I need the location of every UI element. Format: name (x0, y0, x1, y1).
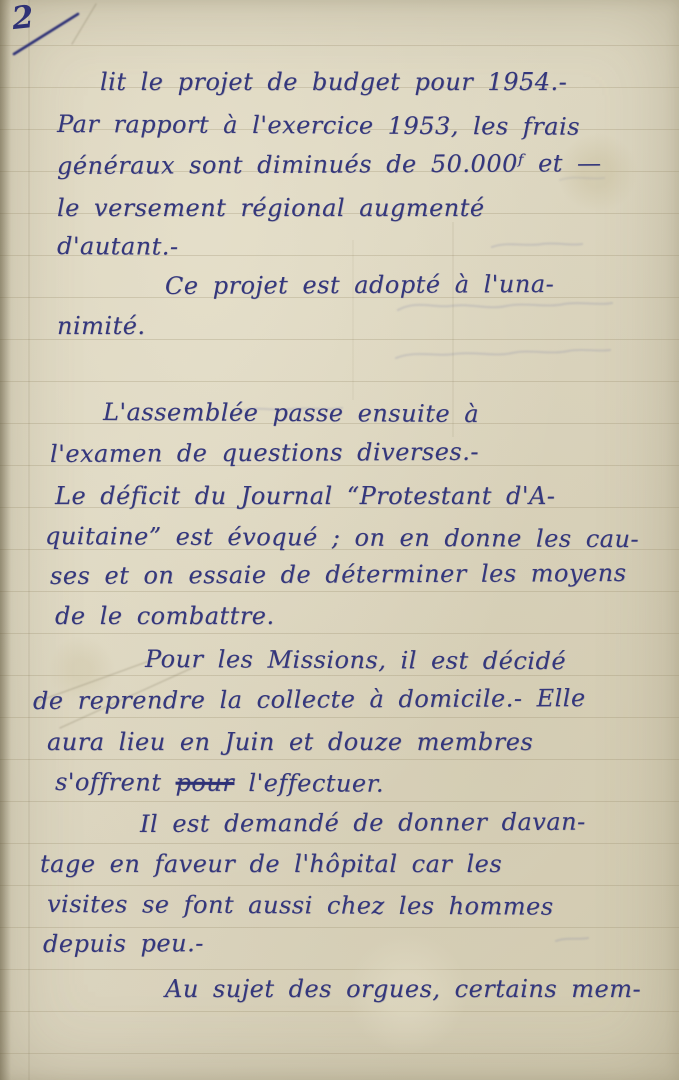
manuscript-line: ses et on essaie de déterminer les moyen… (50, 559, 627, 590)
manuscript-line: Par rapport à l'exercice 1953, les frais (57, 110, 580, 141)
manuscript-line-with-strikethrough: s'offrent pour l'effectuer. (55, 768, 384, 798)
manuscript-line: Au sujet des orgues, certains mem- (165, 975, 641, 1003)
manuscript-line: d'autant.- (57, 232, 179, 261)
manuscript-line: de le combattre. (55, 602, 275, 630)
manuscript-page: { "document": { "kind": "handwritten man… (0, 0, 679, 1080)
manuscript-line: l'examen de questions diverses.- (50, 438, 479, 468)
manuscript-line: nimité. (57, 312, 146, 340)
paper-crease (352, 240, 354, 400)
manuscript-line: visites se font aussi chez les hommes (47, 890, 554, 921)
binding-edge-shadow (0, 0, 11, 1080)
line-text: l'effectuer. (234, 769, 384, 798)
manuscript-line: généraux sont diminués de 50.000ᶠ et — (57, 149, 602, 180)
manuscript-line: quitaine” est évoqué ; on en donne les c… (45, 522, 639, 553)
manuscript-line: Il est demandé de donner davan- (140, 808, 586, 838)
manuscript-line: tage en faveur de l'hôpital car les (40, 850, 502, 878)
manuscript-line: de reprendre la collecte à domicile.- El… (33, 684, 586, 715)
paper-crease (28, 0, 30, 1080)
manuscript-line: L'assemblée passe ensuite à (103, 398, 479, 428)
manuscript-line: le versement régional augmenté (57, 194, 485, 222)
manuscript-line: Pour les Missions, il est décidé (145, 645, 566, 675)
manuscript-line: Le déficit du Journal “Protestant d'A- (55, 482, 555, 510)
line-text: s'offrent (55, 768, 176, 797)
page-number: 2 (10, 0, 35, 37)
manuscript-line: aura lieu en Juin et douze membres (47, 728, 533, 756)
manuscript-line: lit le projet de budget pour 1954.- (100, 68, 567, 96)
manuscript-line: depuis peu.- (43, 929, 204, 958)
manuscript-line: Ce projet est adopté à l'una- (165, 270, 554, 300)
struck-word: pour (175, 769, 234, 797)
